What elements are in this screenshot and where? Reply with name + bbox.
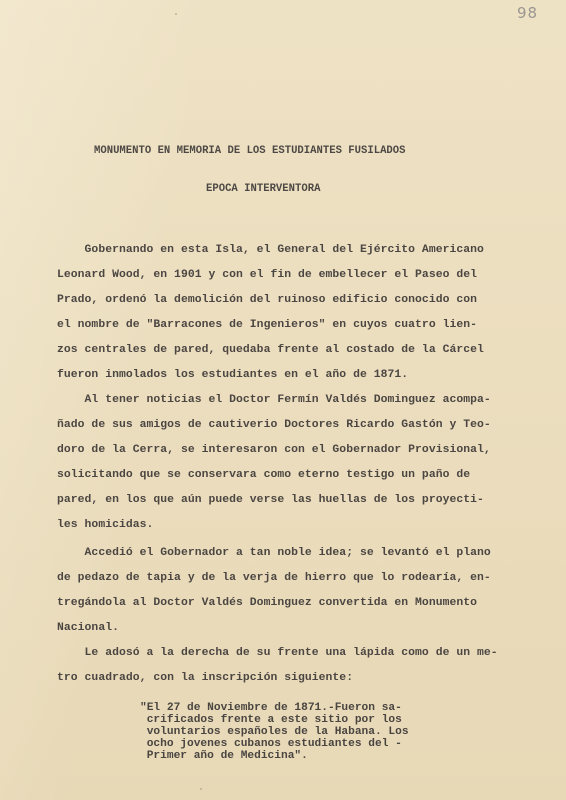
text-line: Prado, ordenó la demolición del ruinoso … <box>57 294 477 306</box>
text-line: de pedazo de tapia y de la verja de hier… <box>57 572 491 584</box>
inscription-line: ocho jovenes cubanos estudiantes del - <box>140 738 402 750</box>
text-line: doro de la Cerra, se interesaron con el … <box>57 444 491 456</box>
text-line: Gobernando en esta Isla, el General del … <box>57 244 484 256</box>
text-line: pared, en los que aún puede verse las hu… <box>57 494 484 506</box>
inscription-line: "El 27 de Noviembre de 1871.-Fueron sa- <box>140 702 402 714</box>
text-line: Nacional. <box>57 622 119 634</box>
text-line: zos centrales de pared, quedaba frente a… <box>57 344 484 356</box>
text-line: Al tener noticias el Doctor Fermín Valdé… <box>57 394 491 406</box>
inscription-line: crificados frente a este sitio por los <box>140 714 402 726</box>
inscription-line: Primer año de Medicina". <box>140 750 308 762</box>
paper-speck <box>200 788 202 790</box>
text-line: les homicidas. <box>57 519 153 531</box>
paper-speck <box>175 13 177 15</box>
text-line: tregándola al Doctor Valdés Dominguez co… <box>57 597 477 609</box>
document-subtitle: EPOCA INTERVENTORA <box>206 183 566 195</box>
page-number: 98 <box>517 4 538 22</box>
text-line: Leonard Wood, en 1901 y con el fin de em… <box>57 269 477 281</box>
text-line: solicitando que se conservara como etern… <box>57 469 470 481</box>
text-line: Accedió el Gobernador a tan noble idea; … <box>57 547 491 559</box>
text-line: Le adosó a la derecha de su frente una l… <box>57 647 498 659</box>
inscription-line: voluntarios españoles de la Habana. Los <box>140 726 409 738</box>
text-line: el nombre de "Barracones de Ingenieros" … <box>57 319 477 331</box>
text-line: fueron inmolados los estudiantes en el a… <box>57 369 408 381</box>
text-line: ñado de sus amigos de cautiverio Doctore… <box>57 419 491 431</box>
text-line: tro cuadrado, con la inscripción siguien… <box>57 672 353 684</box>
document-title: MONUMENTO EN MEMORIA DE LOS ESTUDIANTES … <box>94 145 566 157</box>
